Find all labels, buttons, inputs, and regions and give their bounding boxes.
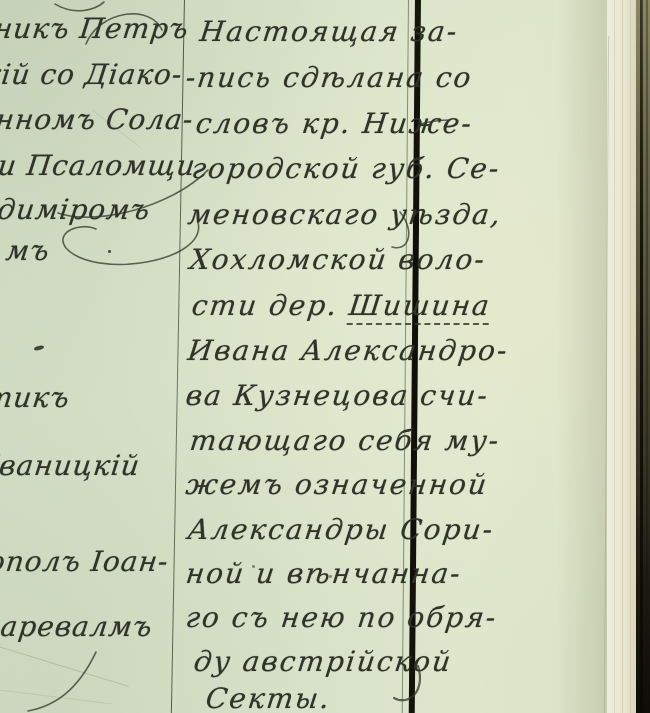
paper-crease [0,642,129,687]
handwriting-line: Хохломской воло- [188,243,488,276]
handwriting-line: Настоящая за- [198,15,460,48]
line-text: сти дер. [190,289,351,322]
handwriting-line: ва Кузнецова счи- [184,379,491,412]
handwriting-line: го съ нею по обря- [184,601,499,634]
handwriting-line: ополъ Іоан- [0,545,171,578]
handwriting-line: никъ Петръ [0,12,191,45]
handwriting-line: Секты. [204,682,333,713]
handwriting-line: словъ кр. Ниже- [194,107,475,140]
paper-crease [0,689,112,705]
handwriting-line: адиміромъ [0,193,152,226]
handwriting-line: меновскаго уѣзда, [186,198,504,231]
flourish-stroke [55,2,104,11]
handwriting-line: тикъ [0,381,72,414]
handwriting-line: анномъ Сола- [0,103,196,136]
handwriting-line: Иваницкій [0,449,142,482]
page-gutter-shadow [556,0,608,713]
handwriting-line: кій со Діако- [0,58,185,91]
register-page-photo: никъ Петръкій со Діако-анномъ Сола-и Пса… [0,0,650,713]
ink-speck [108,250,111,253]
handwriting-line: и Псаломщи [0,149,198,182]
underlined-village-name: Шишина [347,289,493,325]
handwriting-line: ларевалмъ [0,610,155,643]
book-binding-edge [636,0,650,713]
handwriting-line: Александры Сори- [186,513,496,546]
handwriting-line: -пись сдѣлана со [184,61,475,94]
handwriting-line: сти дер. Шишина [190,289,493,322]
flourish-stroke [28,652,96,711]
handwriting-line: мъ [4,234,52,267]
ink-speck [34,345,45,351]
handwriting-line: тающаго себя му- [188,424,502,457]
handwriting-line: жемъ означенной [184,468,490,501]
page-stack-edge [607,0,637,713]
binding-dark-streak [640,0,643,713]
handwriting-line: ду австрійской [192,645,454,678]
handwriting-line: городской губ. Се- [190,152,503,185]
handwriting-line: ной и вѣнчанна- [184,557,464,590]
handwriting-line: Ивана Александро- [186,334,511,367]
